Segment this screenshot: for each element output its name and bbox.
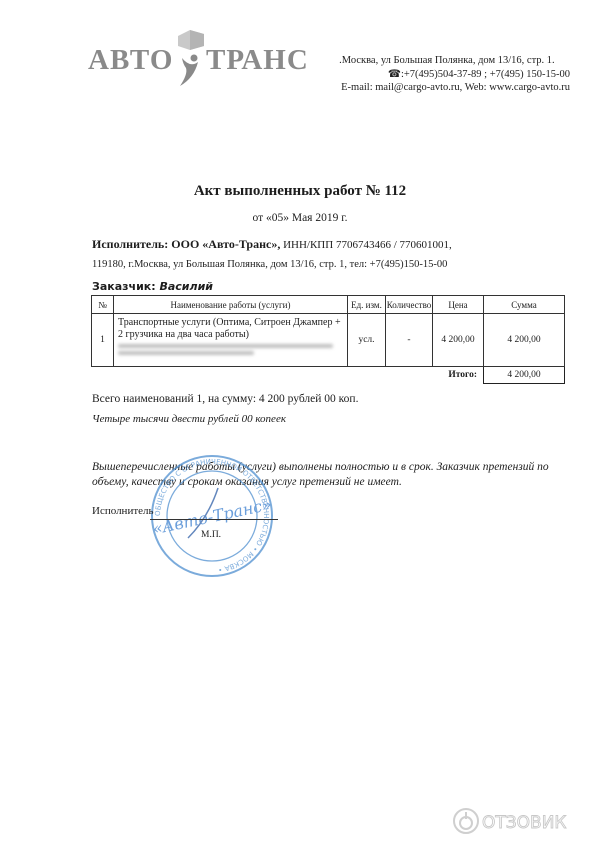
executor-line: Исполнитель: ООО «Авто-Транс», ИНН/КПП 7… (92, 237, 452, 252)
logo-text-avto: АВТО (88, 44, 173, 77)
row-price: 4 200,00 (433, 314, 484, 367)
row-qty: - (386, 314, 433, 367)
logo-text-trans: ТРАНС (206, 44, 309, 77)
customer-label: Заказчик: (92, 280, 159, 293)
row-name-cell: Транспортные услуги (Оптима, Ситроен Джа… (114, 314, 348, 367)
otzovik-watermark-icon: ОТЗОВИК (452, 806, 578, 836)
row-num: 1 (92, 314, 114, 367)
col-sum: Сумма (484, 296, 565, 314)
col-name: Наименование работы (услуги) (114, 296, 348, 314)
customer-name: Василий (159, 280, 213, 293)
company-phones: ☎:+7(495)504-37-89 ; +7(495) 150-15-00 (341, 68, 570, 82)
table-total-row: Итого: 4 200,00 (92, 367, 565, 384)
col-unit: Ед. изм. (348, 296, 386, 314)
redacted-route (118, 344, 344, 364)
document-title: Акт выполненных работ № 112 (0, 183, 600, 200)
total-value: 4 200,00 (484, 367, 565, 384)
executor-ids: ИНН/КПП 7706743466 / 770601001, (280, 239, 451, 251)
executor-address: 119180, г.Москва, ул Большая Полянка, до… (92, 259, 447, 270)
company-stamp-icon: ОБЩЕСТВО С ОГРАНИЧЕННОЙ ОТВЕТСТВЕННОСТЬЮ… (148, 448, 276, 584)
col-num: № (92, 296, 114, 314)
company-address: .Москва, ул Большая Полянка, дом 13/16, … (339, 54, 570, 68)
items-table: № Наименование работы (услуги) Ед. изм. … (91, 295, 565, 384)
summary-count: Всего наименований 1, на сумму: 4 200 ру… (92, 393, 358, 405)
company-contacts: .Москва, ул Большая Полянка, дом 13/16, … (341, 54, 570, 95)
total-label: Итого: (92, 367, 484, 384)
summary-in-words: Четыре тысячи двести рублей 00 копеек (92, 413, 286, 425)
signature-line (150, 519, 278, 520)
customer-line: Заказчик: Василий (92, 280, 213, 293)
table-header-row: № Наименование работы (услуги) Ед. изм. … (92, 296, 565, 314)
col-price: Цена (433, 296, 484, 314)
company-web: E-mail: mail@cargo-avto.ru, Web: www.car… (341, 81, 570, 95)
row-sum: 4 200,00 (484, 314, 565, 367)
row-name: Транспортные услуги (Оптима, Ситроен Джа… (118, 317, 341, 340)
col-qty: Количество (386, 296, 433, 314)
row-unit: усл. (348, 314, 386, 367)
document-date: от «05» Мая 2019 г. (0, 212, 600, 224)
company-logo: АВТО ТРАНС (88, 28, 300, 98)
executor-label: Исполнитель: ООО «Авто-Транс», (92, 237, 280, 251)
table-row: 1 Транспортные услуги (Оптима, Ситроен Д… (92, 314, 565, 367)
logo-figure-icon (172, 28, 208, 90)
phone-icon: ☎ (388, 69, 401, 80)
signer-label: Исполнитель (92, 505, 154, 517)
stamp-place-label: М.П. (201, 530, 221, 540)
svg-text:ОТЗОВИК: ОТЗОВИК (482, 813, 567, 833)
